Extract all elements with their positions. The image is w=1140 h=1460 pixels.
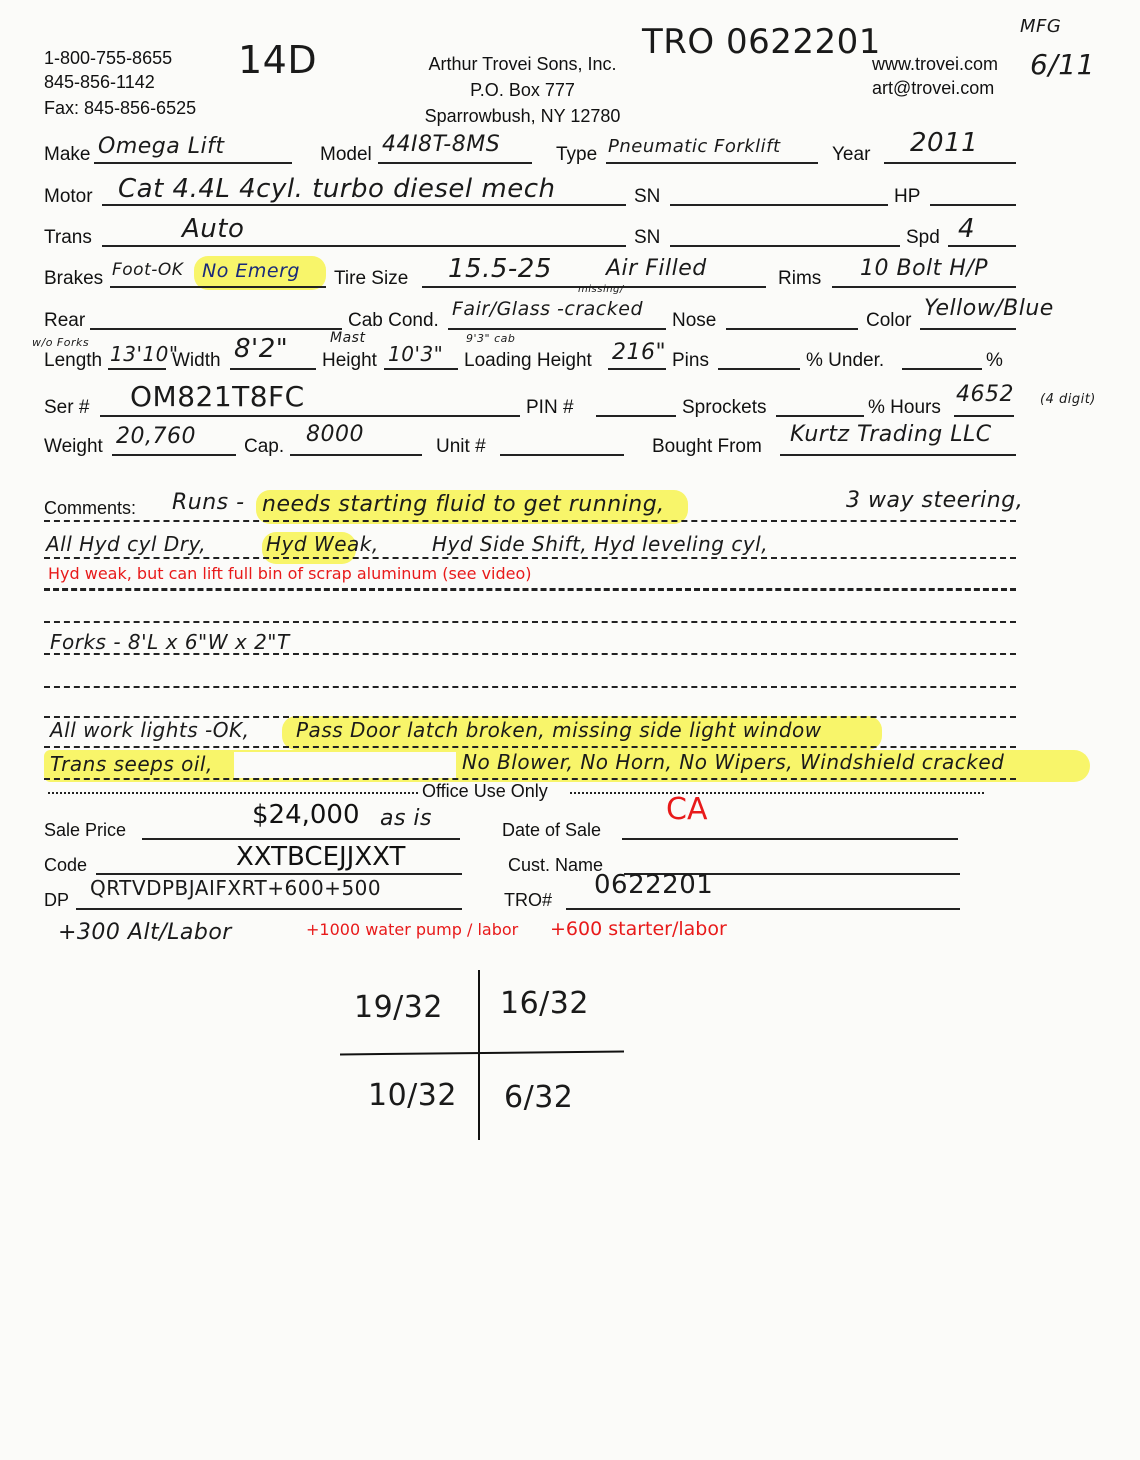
date-of-sale-label: Date of Sale <box>502 820 601 841</box>
brakes-field[interactable]: Foot-OK <box>112 260 183 280</box>
tro-field[interactable]: 0622201 <box>594 870 713 900</box>
width-field[interactable]: 8'2" <box>234 334 288 364</box>
hp-label: HP <box>894 186 920 208</box>
pct-under-suffix: % <box>986 350 1003 372</box>
brakes-field-emergency[interactable]: No Emerg <box>202 260 300 282</box>
tire-size-field[interactable]: 15.5-25 <box>448 254 552 284</box>
make-label: Make <box>44 144 90 166</box>
company-name: Arthur Trovei Sons, Inc. <box>400 52 645 76</box>
date-of-sale-field[interactable] <box>622 838 958 840</box>
loading-height-field[interactable]: 216" <box>612 340 666 365</box>
comments-label: Comments: <box>44 498 136 519</box>
tro-underline <box>566 908 960 910</box>
trans-sn-field[interactable] <box>670 245 900 247</box>
office-divider-left <box>48 792 418 794</box>
color-field[interactable]: Yellow/Blue <box>924 296 1054 321</box>
website-link[interactable]: www.trovei.com <box>872 52 998 76</box>
grid-horizontal-line <box>340 1051 624 1056</box>
office-divider-right <box>570 792 984 794</box>
type-label: Type <box>556 144 597 166</box>
tread-front-left: 19/32 <box>354 990 443 1025</box>
handwritten-tro-number: TRO 0622201 <box>642 22 881 62</box>
comment-hyd-side-shift: Hyd Side Shift, Hyd leveling cyl, <box>432 532 768 556</box>
type-field[interactable]: Pneumatic Forklift <box>608 136 781 157</box>
motor-field[interactable]: Cat 4.4L 4cyl. turbo diesel mech <box>118 174 556 204</box>
comment-line-9 <box>44 778 1016 780</box>
ser-label: Ser # <box>44 397 89 419</box>
color-underline <box>920 328 1016 330</box>
cust-name-label: Cust. Name <box>508 855 603 876</box>
hours-underline <box>954 415 1014 417</box>
dp-underline <box>76 908 462 910</box>
loading-height-underline <box>608 368 666 370</box>
tro-label: TRO# <box>504 890 552 911</box>
bought-from-label: Bought From <box>652 436 762 458</box>
unit-field[interactable] <box>500 454 624 456</box>
model-field[interactable]: 44I8T-8MS <box>382 132 500 157</box>
code-label: Code <box>44 855 87 876</box>
ser-field[interactable]: OM821T8FC <box>130 380 305 413</box>
code-field[interactable]: XXTBCEJJXXT <box>236 842 405 872</box>
sale-price-field[interactable]: $24,000 <box>252 800 360 830</box>
weight-field[interactable]: 20,760 <box>116 424 196 449</box>
height-underline <box>384 368 458 370</box>
red-annotation-hyd: Hyd weak, but can lift full bin of scrap… <box>48 564 532 583</box>
tread-rear-left: 10/32 <box>368 1078 457 1113</box>
height-cab-note: 9'3" cab <box>466 332 515 345</box>
company-po-box: P.O. Box 777 <box>400 78 645 102</box>
model-underline <box>378 162 532 164</box>
color-label: Color <box>866 310 911 332</box>
highlight-gap <box>234 752 456 778</box>
code-underline <box>96 873 462 875</box>
date-of-sale-annotation: CA <box>666 792 707 827</box>
motor-sn-field[interactable] <box>670 204 888 206</box>
make-underline <box>94 162 292 164</box>
length-note: w/o Forks <box>32 336 89 349</box>
pin-field[interactable] <box>596 415 676 417</box>
cab-cond-underline <box>448 328 666 330</box>
grid-vertical-line <box>478 970 480 1140</box>
rims-label: Rims <box>778 268 821 290</box>
loading-height-label: Loading Height <box>464 350 592 372</box>
year-field[interactable]: 2011 <box>910 128 978 158</box>
brakes-underline <box>110 286 326 288</box>
weight-label: Weight <box>44 436 103 458</box>
email-link[interactable]: art@trovei.com <box>872 76 994 100</box>
bought-from-field[interactable]: Kurtz Trading LLC <box>790 422 992 447</box>
comment-hyd-weak: Hyd Weak, <box>266 532 379 556</box>
comment-forks: Forks - 8'L x 6"W x 2"T <box>50 630 290 654</box>
width-label: Width <box>172 350 221 372</box>
comment-steering: 3 way steering, <box>846 488 1023 513</box>
length-label: Length <box>44 350 102 372</box>
addon-water-pump: +1000 water pump / labor <box>306 920 518 939</box>
type-underline <box>606 162 818 164</box>
addon-alternator: +300 Alt/Labor <box>58 920 232 945</box>
hours-field[interactable]: 4652 <box>956 382 1014 407</box>
addon-starter: +600 starter/labor <box>550 918 727 940</box>
comment-starting-fluid: needs starting fluid to get running, <box>262 492 665 517</box>
comment-line-2 <box>44 557 1016 559</box>
hp-field[interactable] <box>930 204 1016 206</box>
height-note: Mast <box>330 330 365 346</box>
hours-note: (4 digit) <box>1040 392 1096 407</box>
rims-underline <box>832 286 1016 288</box>
dp-label: DP <box>44 890 69 911</box>
trans-field[interactable]: Auto <box>182 214 244 244</box>
dp-field[interactable]: QRTVDPBJAIFXRT+600+500 <box>90 876 381 900</box>
fax-number: Fax: 845-856-6525 <box>44 96 196 120</box>
cap-label: Cap. <box>244 436 284 458</box>
cab-cond-note: missing/ <box>578 284 624 295</box>
office-use-title: Office Use Only <box>422 781 548 802</box>
spd-field[interactable]: 4 <box>958 214 975 244</box>
model-label: Model <box>320 144 372 166</box>
rims-field[interactable]: 10 Bolt H/P <box>860 256 988 281</box>
handwritten-mfg-date: 6/11 <box>1030 48 1095 81</box>
pins-label: Pins <box>672 350 709 372</box>
cap-underline <box>290 454 422 456</box>
tire-type-note: Air Filled <box>606 256 707 281</box>
length-field[interactable]: 13'10" <box>110 342 179 366</box>
spd-label: Spd <box>906 227 940 249</box>
comment-pass-door: Pass Door latch broken, missing side lig… <box>296 718 822 742</box>
trans-underline <box>102 245 626 247</box>
motor-sn-label: SN <box>634 186 660 208</box>
sale-price-label: Sale Price <box>44 820 126 841</box>
cap-field[interactable]: 8000 <box>306 422 364 447</box>
comment-work-lights: All work lights -OK, <box>50 718 249 742</box>
ser-underline <box>100 415 520 417</box>
brakes-label: Brakes <box>44 268 103 290</box>
comment-trans-seeps: Trans seeps oil, <box>50 752 213 776</box>
sale-price-note: as is <box>380 806 432 831</box>
unit-label: Unit # <box>436 436 486 458</box>
width-underline <box>230 368 316 370</box>
hours-label: % Hours <box>868 397 941 419</box>
handwritten-mfg: MFG <box>1020 16 1061 37</box>
tread-front-right: 16/32 <box>500 986 589 1021</box>
comment-line-4 <box>44 621 1016 623</box>
motor-label: Motor <box>44 186 93 208</box>
nose-label: Nose <box>672 310 716 332</box>
cab-cond-label: Cab Cond. <box>348 310 439 332</box>
comment-hyd-cyl-dry: All Hyd cyl Dry, <box>46 532 206 556</box>
comment-line-6 <box>44 686 1016 688</box>
pins-field[interactable] <box>718 368 800 370</box>
phone-tollfree: 1-800-755-8655 <box>44 46 172 70</box>
year-underline <box>884 162 1016 164</box>
comment-line-3 <box>44 588 1016 591</box>
comment-missing-items: No Blower, No Horn, No Wipers, Windshiel… <box>462 750 1004 774</box>
rear-label: Rear <box>44 310 85 332</box>
make-field[interactable]: Omega Lift <box>98 134 224 159</box>
cab-cond-field[interactable]: Fair/Glass -cracked <box>452 298 643 320</box>
year-label: Year <box>832 144 870 166</box>
sprockets-label: Sprockets <box>682 397 766 419</box>
pin-label: PIN # <box>526 397 574 419</box>
company-address: Sparrowbush, NY 12780 <box>400 104 645 128</box>
trans-label: Trans <box>44 227 92 249</box>
sprockets-field[interactable] <box>776 415 864 417</box>
height-label: Height <box>322 350 377 372</box>
tire-size-label: Tire Size <box>334 268 408 290</box>
pct-under-field[interactable] <box>902 368 982 370</box>
comment-line-1 <box>44 520 1016 522</box>
trans-sn-label: SN <box>634 227 660 249</box>
motor-underline <box>102 204 626 206</box>
spd-underline <box>948 245 1016 247</box>
height-field[interactable]: 10'3" <box>388 342 443 366</box>
bought-from-underline <box>780 454 1016 456</box>
rear-field[interactable] <box>90 328 342 330</box>
weight-underline <box>112 454 236 456</box>
comment-line-8 <box>44 746 1016 748</box>
phone-local: 845-856-1142 <box>44 70 155 94</box>
sale-price-underline <box>142 838 460 840</box>
nose-field[interactable] <box>726 328 858 330</box>
length-underline <box>108 368 166 370</box>
comment-runs: Runs - <box>172 490 245 515</box>
tread-rear-right: 6/32 <box>504 1080 573 1115</box>
handwritten-lot-code: 14D <box>238 38 317 82</box>
pct-under-label: % Under. <box>806 350 884 372</box>
